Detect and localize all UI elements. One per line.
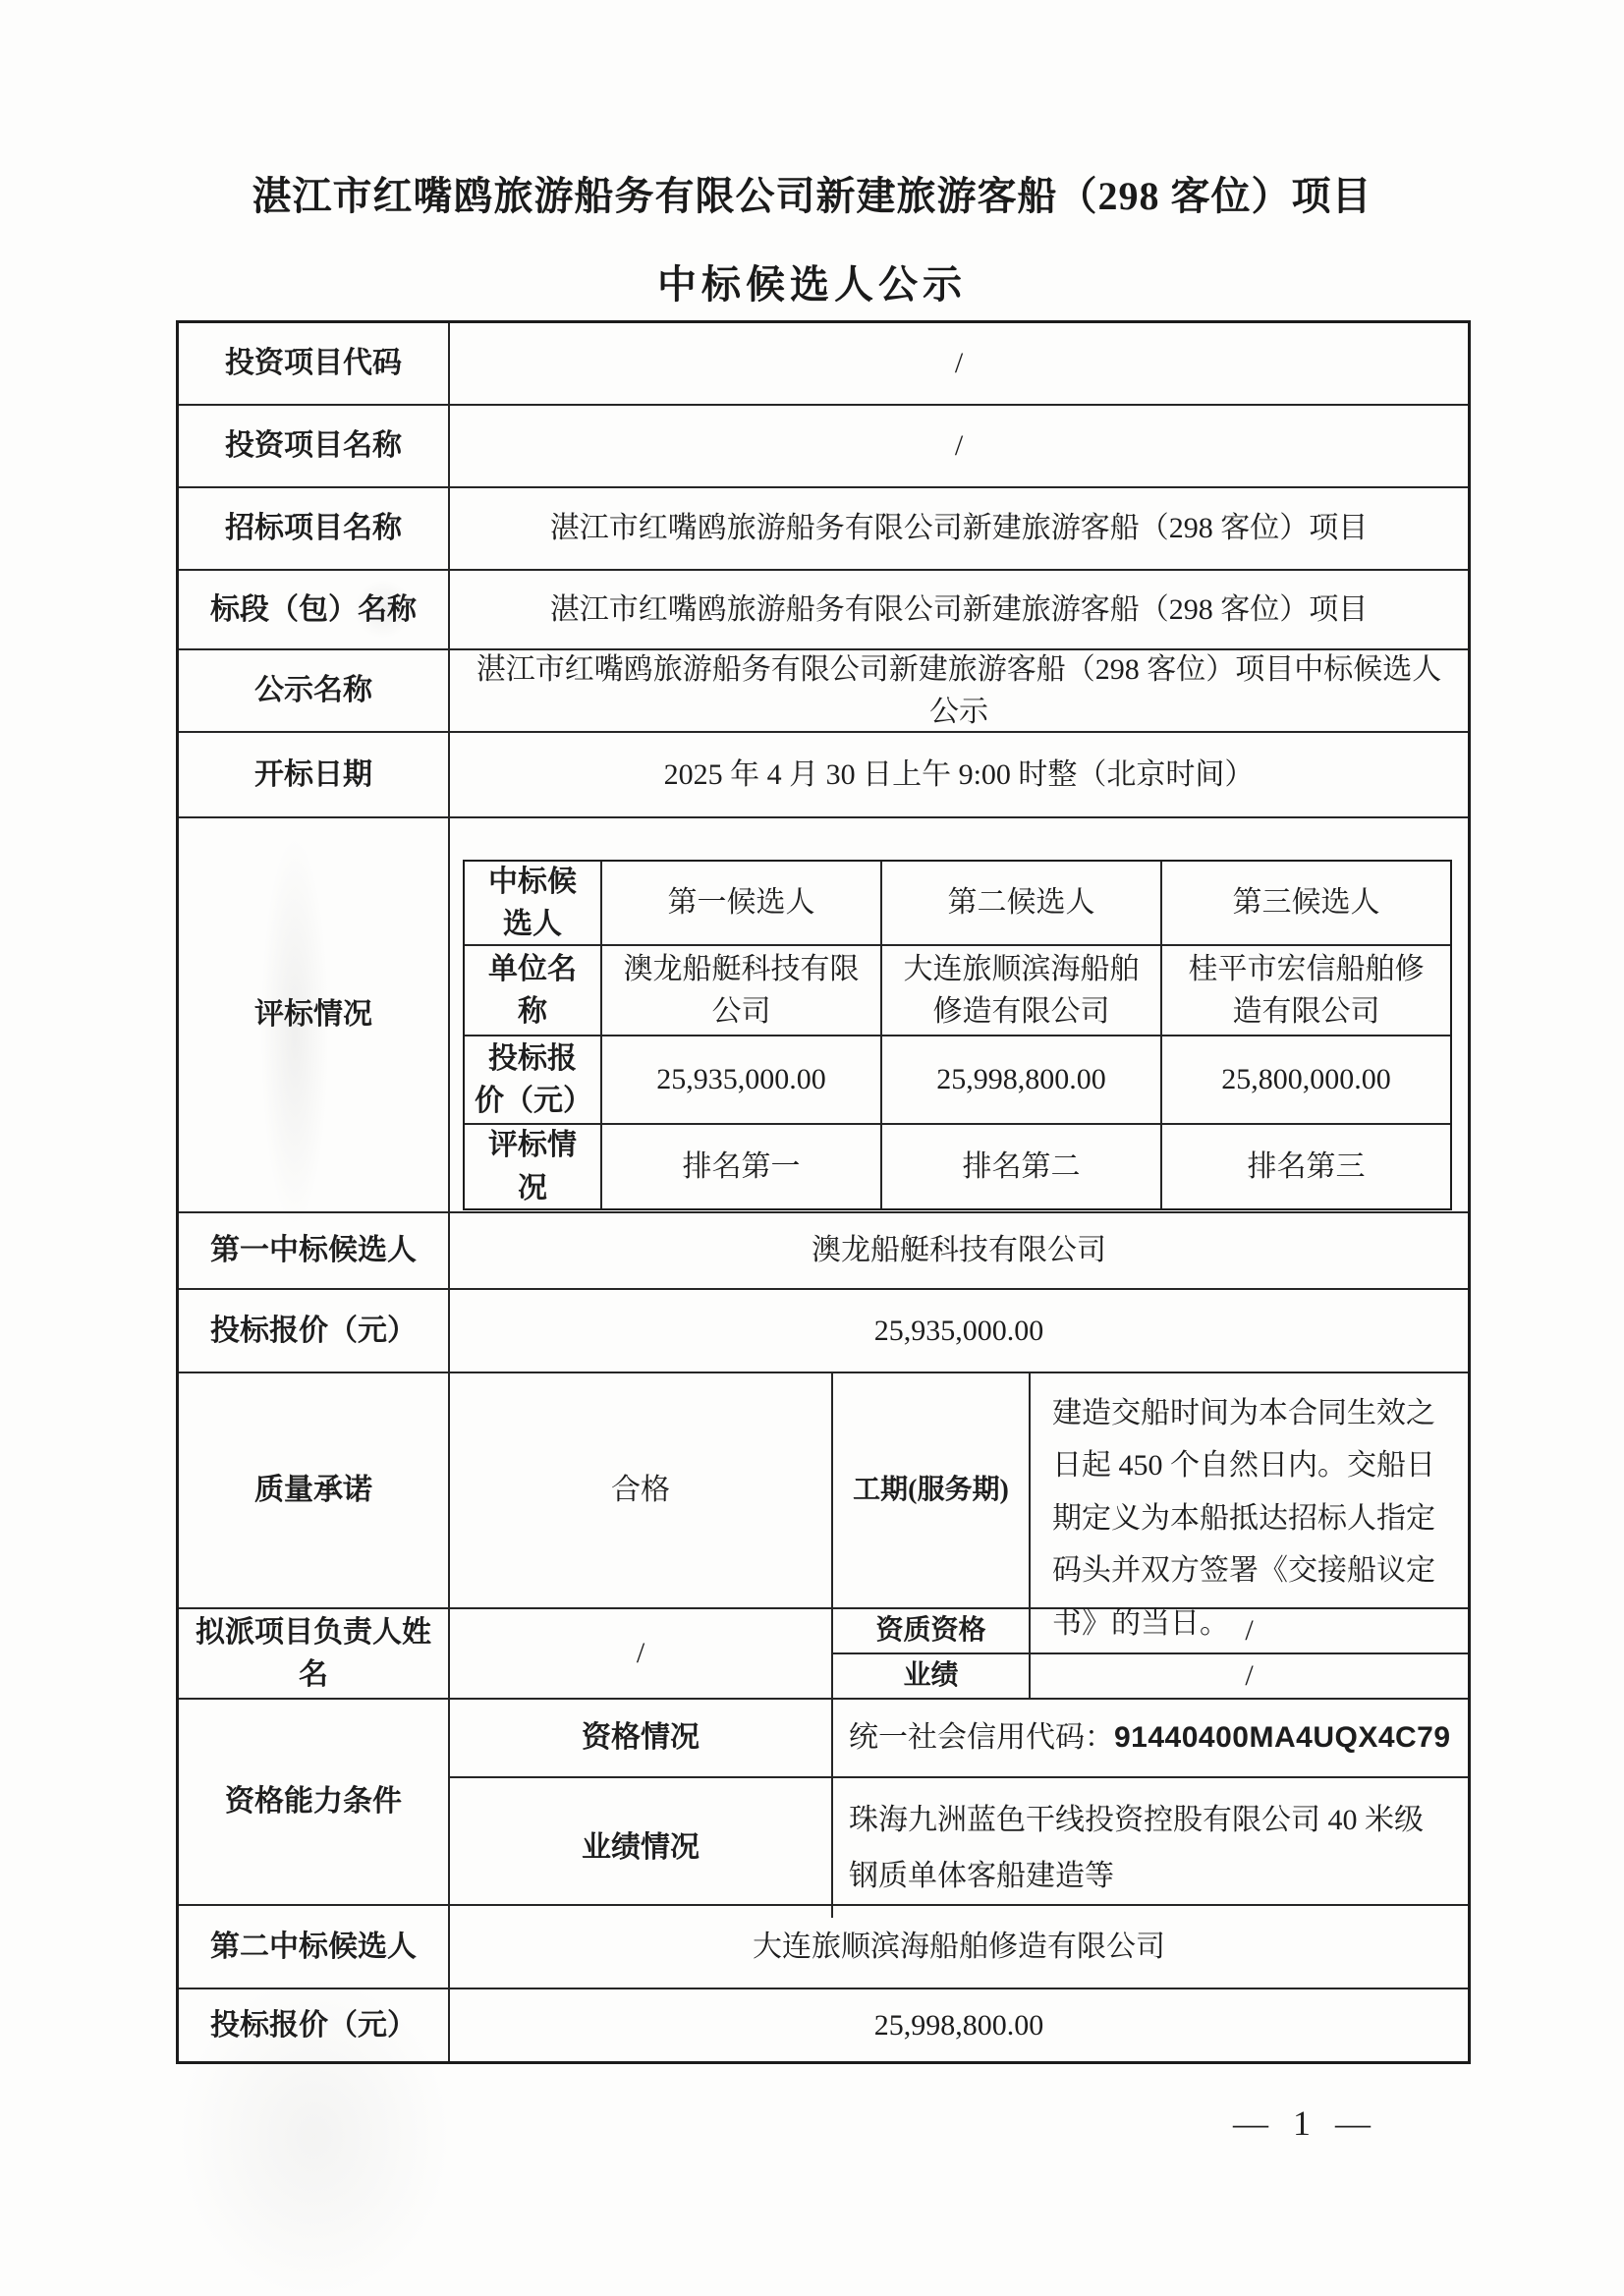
unit-name: 桂平市宏信船舶修造有限公司	[1162, 946, 1450, 1035]
row-label: 投资项目名称	[179, 406, 450, 486]
row-label: 开标日期	[179, 733, 450, 816]
table-row-tender-project-name: 招标项目名称 湛江市红嘴鸥旅游船务有限公司新建旅游客船（298 客位）项目	[179, 488, 1468, 571]
row-label: 资格能力条件	[179, 1700, 450, 1904]
column-header-second: 第二候选人	[882, 862, 1162, 944]
manager-value: /	[450, 1609, 833, 1698]
row-value: 湛江市红嘴鸥旅游船务有限公司新建旅游客船（298 客位）项目	[450, 488, 1468, 569]
bid-announcement-table: 投资项目代码 / 投资项目名称 / 招标项目名称 湛江市红嘴鸥旅游船务有限公司新…	[176, 320, 1471, 2064]
candidate-unit-row: 单位名 称 澳龙船艇科技有限公司 大连旅顺滨海船舶修造有限公司 桂平市宏信船舶修…	[465, 946, 1450, 1036]
candidate-header-row: 中标候 选人 第一候选人 第二候选人 第三候选人	[465, 862, 1450, 946]
candidate-price-row: 投标报 价（元） 25,935,000.00 25,998,800.00 25,…	[465, 1036, 1450, 1125]
rank-row-label: 评标情 况	[465, 1125, 602, 1208]
candidate-rank-row: 评标情 况 排名第一 排名第二 排名第三	[465, 1125, 1450, 1208]
qualification-cert-value: /	[1031, 1609, 1468, 1652]
rank-value: 排名第三	[1162, 1125, 1450, 1208]
table-row-first-candidate: 第一中标候选人 澳龙船艇科技有限公司	[179, 1213, 1468, 1290]
row-label: 质量承诺	[179, 1373, 450, 1607]
qualification-status-label: 资格情况	[450, 1700, 833, 1776]
price-row-label: 投标报 价（元）	[465, 1036, 602, 1123]
row-label: 投资项目代码	[179, 323, 450, 404]
candidate-comparison-table: 中标候 选人 第一候选人 第二候选人 第三候选人 单位名 称 澳龙船艇科技有限公…	[463, 860, 1452, 1210]
qualification-status-value: 统一社会信用代码：91440400MA4UQX4C79	[833, 1700, 1468, 1776]
row-value: /	[450, 323, 1468, 404]
table-row-bid-opening-date: 开标日期 2025 年 4 月 30 日上午 9:00 时整（北京时间）	[179, 733, 1468, 818]
row-value: /	[450, 406, 1468, 486]
page-number: — 1 —	[1233, 2102, 1378, 2144]
row-label: 评标情况	[179, 818, 450, 1211]
table-row-evaluation: 评标情况 中标候 选人 第一候选人 第二候选人 第三候选人 单位名 称 澳龙船艇…	[179, 818, 1468, 1213]
qualification-status-row: 资格情况 统一社会信用代码：91440400MA4UQX4C79	[450, 1700, 1468, 1778]
performance-status-value: 珠海九洲蓝色干线投资控股有限公司 40 米级钢质单体客船建造等	[833, 1778, 1468, 1918]
bid-price: 25,935,000.00	[602, 1036, 882, 1123]
rank-value: 排名第一	[602, 1125, 882, 1208]
row-value: 25,935,000.00	[450, 1290, 1468, 1372]
row-value: 湛江市红嘴鸥旅游船务有限公司新建旅游客船（298 客位）项目	[450, 571, 1468, 648]
evaluation-area: 中标候 选人 第一候选人 第二候选人 第三候选人 单位名 称 澳龙船艇科技有限公…	[450, 818, 1468, 1211]
row-value: 湛江市红嘴鸥旅游船务有限公司新建旅游客船（298 客位）项目中标候选人公示	[450, 650, 1468, 731]
table-row-capability: 资格能力条件 资格情况 统一社会信用代码：91440400MA4UQX4C79 …	[179, 1700, 1468, 1906]
period-label: 工期(服务期)	[833, 1373, 1031, 1607]
table-row-section-name: 标段（包）名称 湛江市红嘴鸥旅游船务有限公司新建旅游客船（298 客位）项目	[179, 571, 1468, 650]
unit-name: 澳龙船艇科技有限公司	[602, 946, 882, 1035]
table-row-second-candidate: 第二中标候选人 大连旅顺滨海船舶修造有限公司	[179, 1906, 1468, 1989]
row-label: 拟派项目负责人姓名	[179, 1609, 450, 1698]
table-row-announcement-name: 公示名称 湛江市红嘴鸥旅游船务有限公司新建旅游客船（298 客位）项目中标候选人…	[179, 650, 1468, 733]
table-row-first-bid-price: 投标报价（元） 25,935,000.00	[179, 1290, 1468, 1373]
period-value: 建造交船时间为本合同生效之日起 450 个自然日内。交船日期定义为本船抵达招标人…	[1031, 1373, 1468, 1607]
row-label: 第一中标候选人	[179, 1213, 450, 1288]
row-label: 投标报价（元）	[179, 1989, 450, 2061]
capability-right-stack: 资格情况 统一社会信用代码：91440400MA4UQX4C79 业绩情况 珠海…	[450, 1700, 1468, 1904]
performance-status-label: 业绩情况	[450, 1778, 833, 1918]
bid-price: 25,998,800.00	[882, 1036, 1162, 1123]
row-value: 大连旅顺滨海船舶修造有限公司	[450, 1906, 1468, 1988]
table-row-quality-commitment: 质量承诺 合格 工期(服务期) 建造交船时间为本合同生效之日起 450 个自然日…	[179, 1373, 1468, 1609]
qualification-cert-label: 资质资格	[833, 1609, 1031, 1652]
credit-code-value: 91440400MA4UQX4C79	[1114, 1716, 1451, 1760]
column-header-third: 第三候选人	[1162, 862, 1450, 944]
column-header-first: 第一候选人	[602, 862, 882, 944]
performance-short-row: 业绩 /	[833, 1654, 1468, 1698]
unit-name: 大连旅顺滨海船舶修造有限公司	[882, 946, 1162, 1035]
row-label: 投标报价（元）	[179, 1290, 450, 1372]
table-row-project-manager: 拟派项目负责人姓名 / 资质资格 / 业绩 /	[179, 1609, 1468, 1700]
performance-short-value: /	[1031, 1654, 1468, 1698]
performance-short-label: 业绩	[833, 1654, 1031, 1698]
credit-code-prefix: 统一社会信用代码：	[849, 1716, 1114, 1760]
row-label: 第二中标候选人	[179, 1906, 450, 1988]
qualification-cert-row: 资质资格 /	[833, 1609, 1468, 1654]
table-row-investment-name: 投资项目名称 /	[179, 406, 1468, 488]
row-label: 公示名称	[179, 650, 450, 731]
bid-price: 25,800,000.00	[1162, 1036, 1450, 1123]
row-value: 澳龙船艇科技有限公司	[450, 1213, 1468, 1288]
table-row-second-bid-price: 投标报价（元） 25,998,800.00	[179, 1989, 1468, 2061]
document-title: 湛江市红嘴鸥旅游船务有限公司新建旅游客船（298 客位）项目	[0, 165, 1624, 221]
rank-value: 排名第二	[882, 1125, 1162, 1208]
corner-header: 中标候 选人	[465, 862, 602, 944]
row-label: 标段（包）名称	[179, 571, 450, 648]
manager-right-stack: 资质资格 / 业绩 /	[833, 1609, 1468, 1698]
performance-status-row: 业绩情况 珠海九洲蓝色干线投资控股有限公司 40 米级钢质单体客船建造等	[450, 1778, 1468, 1918]
table-row-investment-code: 投资项目代码 /	[179, 323, 1468, 406]
row-label: 招标项目名称	[179, 488, 450, 569]
document-subtitle: 中标候选人公示	[0, 253, 1624, 309]
document-page: 湛江市红嘴鸥旅游船务有限公司新建旅游客船（298 客位）项目 中标候选人公示 投…	[0, 0, 1624, 2296]
row-value: 25,998,800.00	[450, 1989, 1468, 2061]
quality-value: 合格	[450, 1373, 833, 1607]
row-value: 2025 年 4 月 30 日上午 9:00 时整（北京时间）	[450, 733, 1468, 816]
unit-row-label: 单位名 称	[465, 946, 602, 1035]
